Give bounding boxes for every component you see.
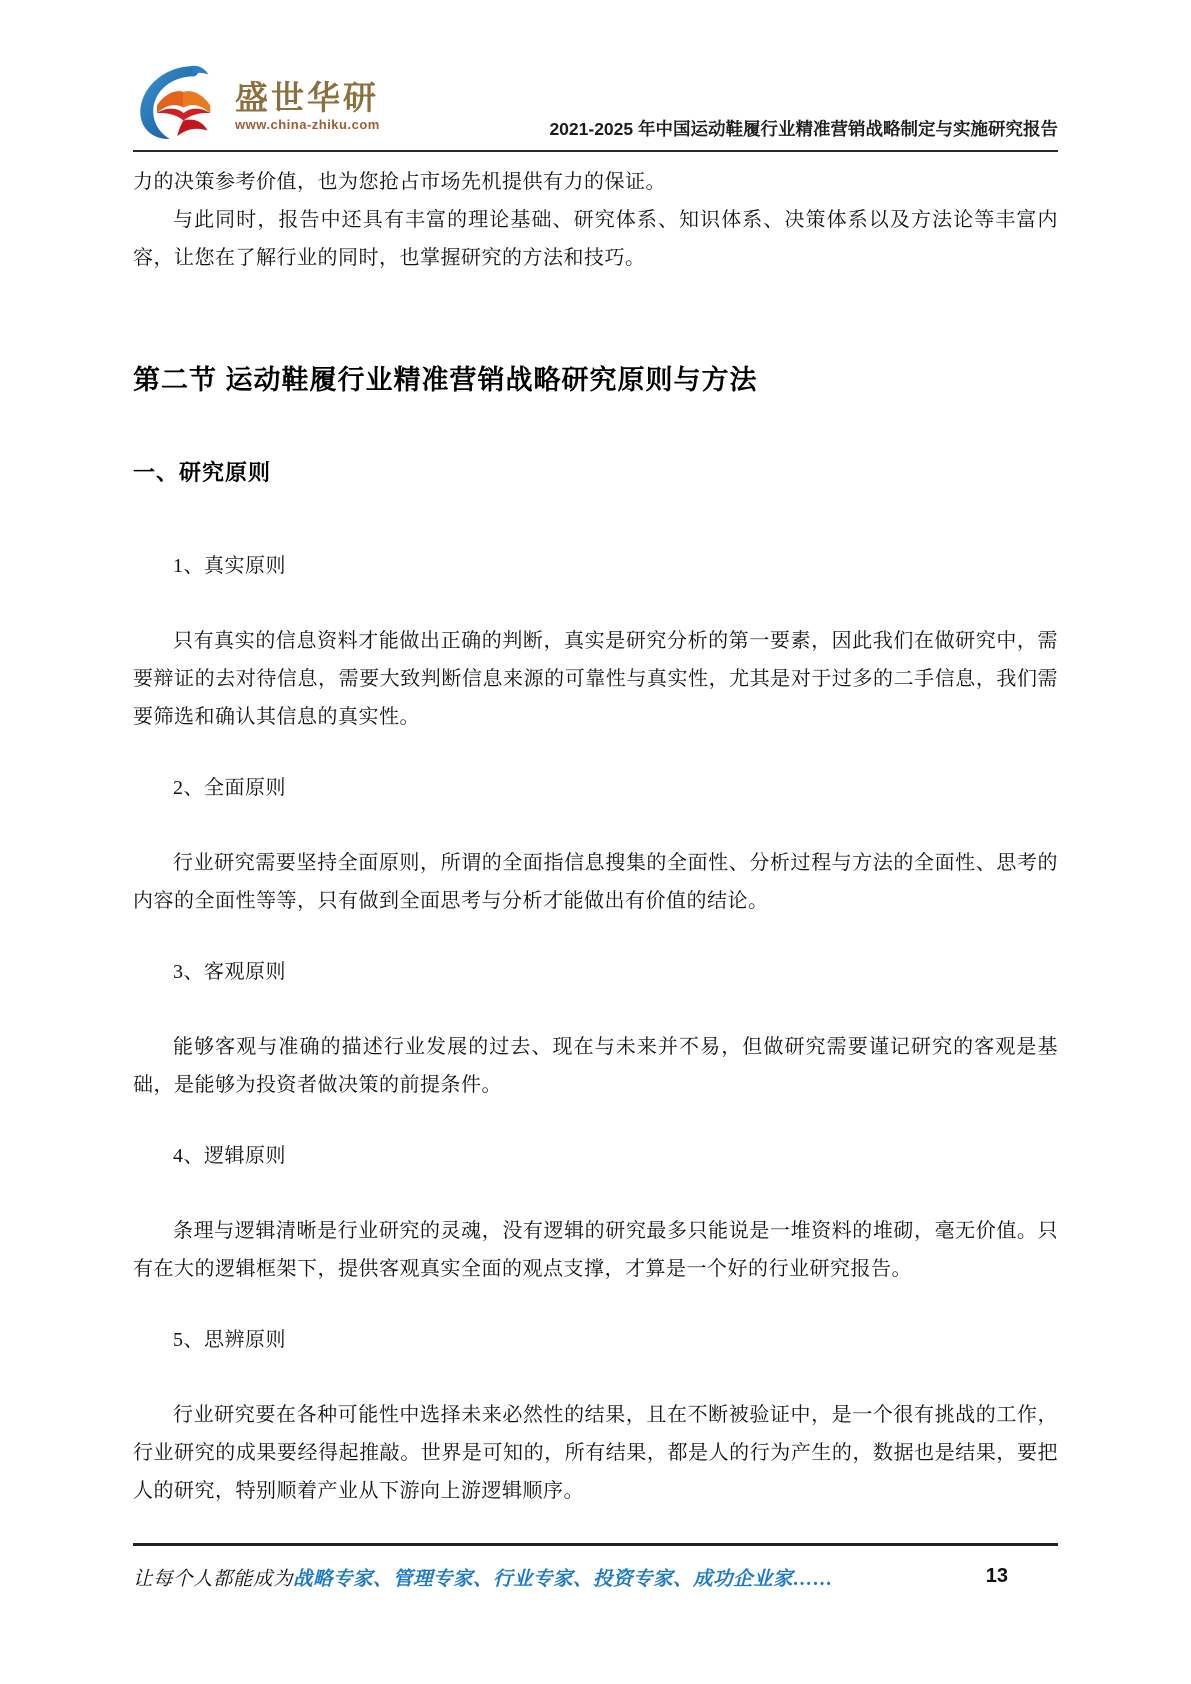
principle-item: 4、逻辑原则 条理与逻辑清晰是行业研究的灵魂，没有逻辑的研究最多只能说是一堆资料… [133, 1137, 1058, 1288]
principle-text: 行业研究要在各种可能性中选择未来必然性的结果，且在不断被验证中，是一个很有挑战的… [133, 1396, 1058, 1510]
intro-paragraph-continuation: 力的决策参考价值，也为您抢占市场先机提供有力的保证。 [133, 163, 1058, 201]
principle-label: 2、全面原则 [133, 769, 1058, 807]
principle-label: 4、逻辑原则 [133, 1137, 1058, 1175]
brand-name: 盛世华研 [235, 81, 380, 114]
footer-slogan: 让每个人都能成为战略专家、管理专家、行业专家、投资专家、成功企业家…… [133, 1565, 833, 1595]
slogan-prefix: 让每个人都能成为 [133, 1569, 293, 1590]
section-title: 第二节 运动鞋履行业精准营销战略研究原则与方法 [133, 362, 1058, 398]
footer-divider [133, 1543, 1058, 1546]
principle-item: 2、全面原则 行业研究需要坚持全面原则，所谓的全面指信息搜集的全面性、分析过程与… [133, 769, 1058, 920]
principle-text: 条理与逻辑清晰是行业研究的灵魂，没有逻辑的研究最多只能说是一堆资料的堆砌，毫无价… [133, 1212, 1058, 1288]
principle-item: 3、客观原则 能够客观与准确的描述行业发展的过去、现在与未来并不易，但做研究需要… [133, 953, 1058, 1104]
company-logo-icon [133, 64, 225, 147]
page-header: 盛世华研 www.china-zhiku.com 2021-2025 年中国运动… [133, 68, 1058, 152]
brand-website: www.china-zhiku.com [235, 118, 380, 131]
page-body: 力的决策参考价值，也为您抢占市场先机提供有力的保证。 与此同时，报告中还具有丰富… [133, 163, 1058, 1543]
principle-text: 能够客观与准确的描述行业发展的过去、现在与未来并不易，但做研究需要谨记研究的客观… [133, 1028, 1058, 1104]
principle-item: 1、真实原则 只有真实的信息资料才能做出正确的判断，真实是研究分析的第一要素，因… [133, 547, 1058, 736]
page-number: 13 [986, 1565, 1058, 1588]
principle-text: 行业研究需要坚持全面原则，所谓的全面指信息搜集的全面性、分析过程与方法的全面性、… [133, 844, 1058, 920]
principle-item: 5、思辨原则 行业研究要在各种可能性中选择未来必然性的结果，且在不断被验证中，是… [133, 1321, 1058, 1510]
subsection-title: 一、研究原则 [133, 458, 1058, 488]
report-title: 2021-2025 年中国运动鞋履行业精准营销战略制定与实施研究报告 [549, 116, 1058, 150]
principle-label: 3、客观原则 [133, 953, 1058, 991]
principle-label: 1、真实原则 [133, 547, 1058, 585]
principle-label: 5、思辨原则 [133, 1321, 1058, 1359]
intro-paragraph: 与此同时，报告中还具有丰富的理论基础、研究体系、知识体系、决策体系以及方法论等丰… [133, 201, 1058, 277]
slogan-highlight: 战略专家、管理专家、行业专家、投资专家、成功企业家…… [293, 1569, 833, 1590]
page-footer: 让每个人都能成为战略专家、管理专家、行业专家、投资专家、成功企业家…… 13 [133, 1565, 1058, 1595]
company-logo: 盛世华研 www.china-zhiku.com [133, 64, 380, 147]
principle-text: 只有真实的信息资料才能做出正确的判断，真实是研究分析的第一要素，因此我们在做研究… [133, 622, 1058, 736]
